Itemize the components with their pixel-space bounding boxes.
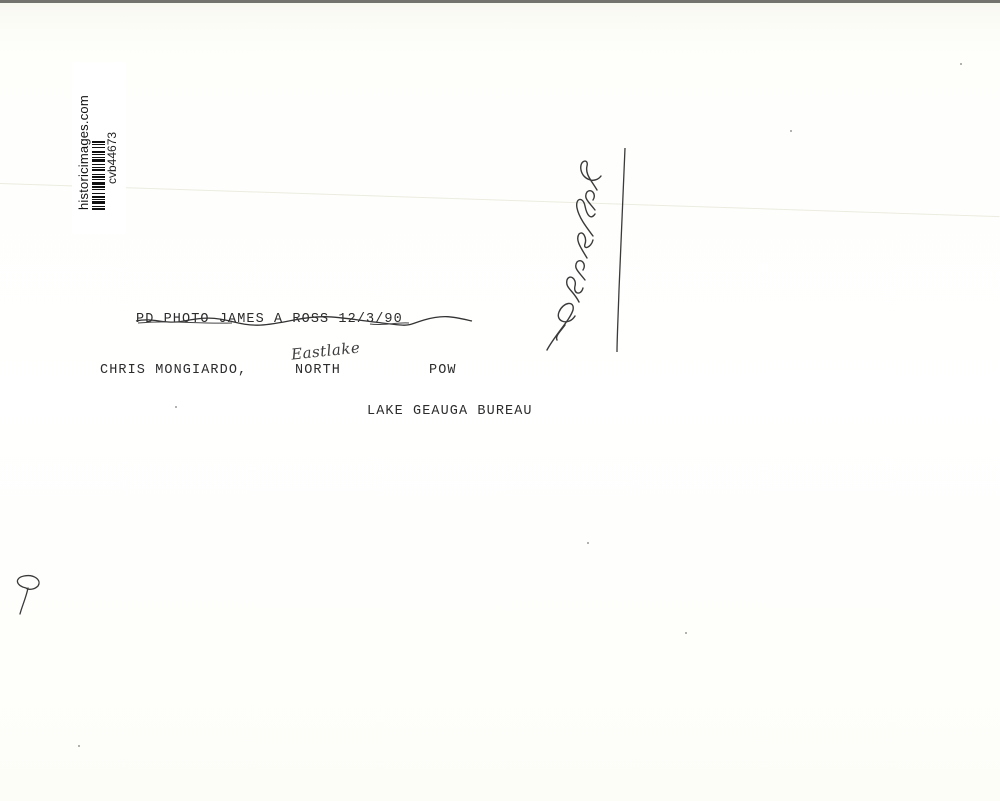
bureau-line: LAKE GEAUGA BUREAU (367, 404, 533, 419)
paper-speck (78, 745, 80, 747)
handwritten-basketball-icon (535, 140, 635, 360)
paper-speck (685, 632, 687, 634)
paper-speck (175, 406, 177, 408)
barcode-bars-icon (92, 88, 105, 210)
caption-name: CHRIS MONGIARDO, (100, 363, 247, 378)
paper-speck (960, 63, 962, 65)
paper-top-edge (0, 0, 1000, 3)
photo-back-paper (0, 0, 1000, 801)
caption-award: POW (429, 363, 457, 378)
paper-speck (587, 542, 589, 544)
photo-credit-line: PD PHOTO JAMES A ROSS 12/3/90 (136, 312, 403, 327)
barcode-site-text: historicimages.com (77, 88, 91, 210)
handwritten-p-mark-icon (8, 570, 48, 620)
paper-speck (790, 130, 792, 132)
barcode-sticker: historicimages.com cvb44673 (77, 88, 118, 210)
barcode-id-text: cvb44673 (106, 88, 118, 210)
caption-school: NORTH (295, 363, 341, 378)
